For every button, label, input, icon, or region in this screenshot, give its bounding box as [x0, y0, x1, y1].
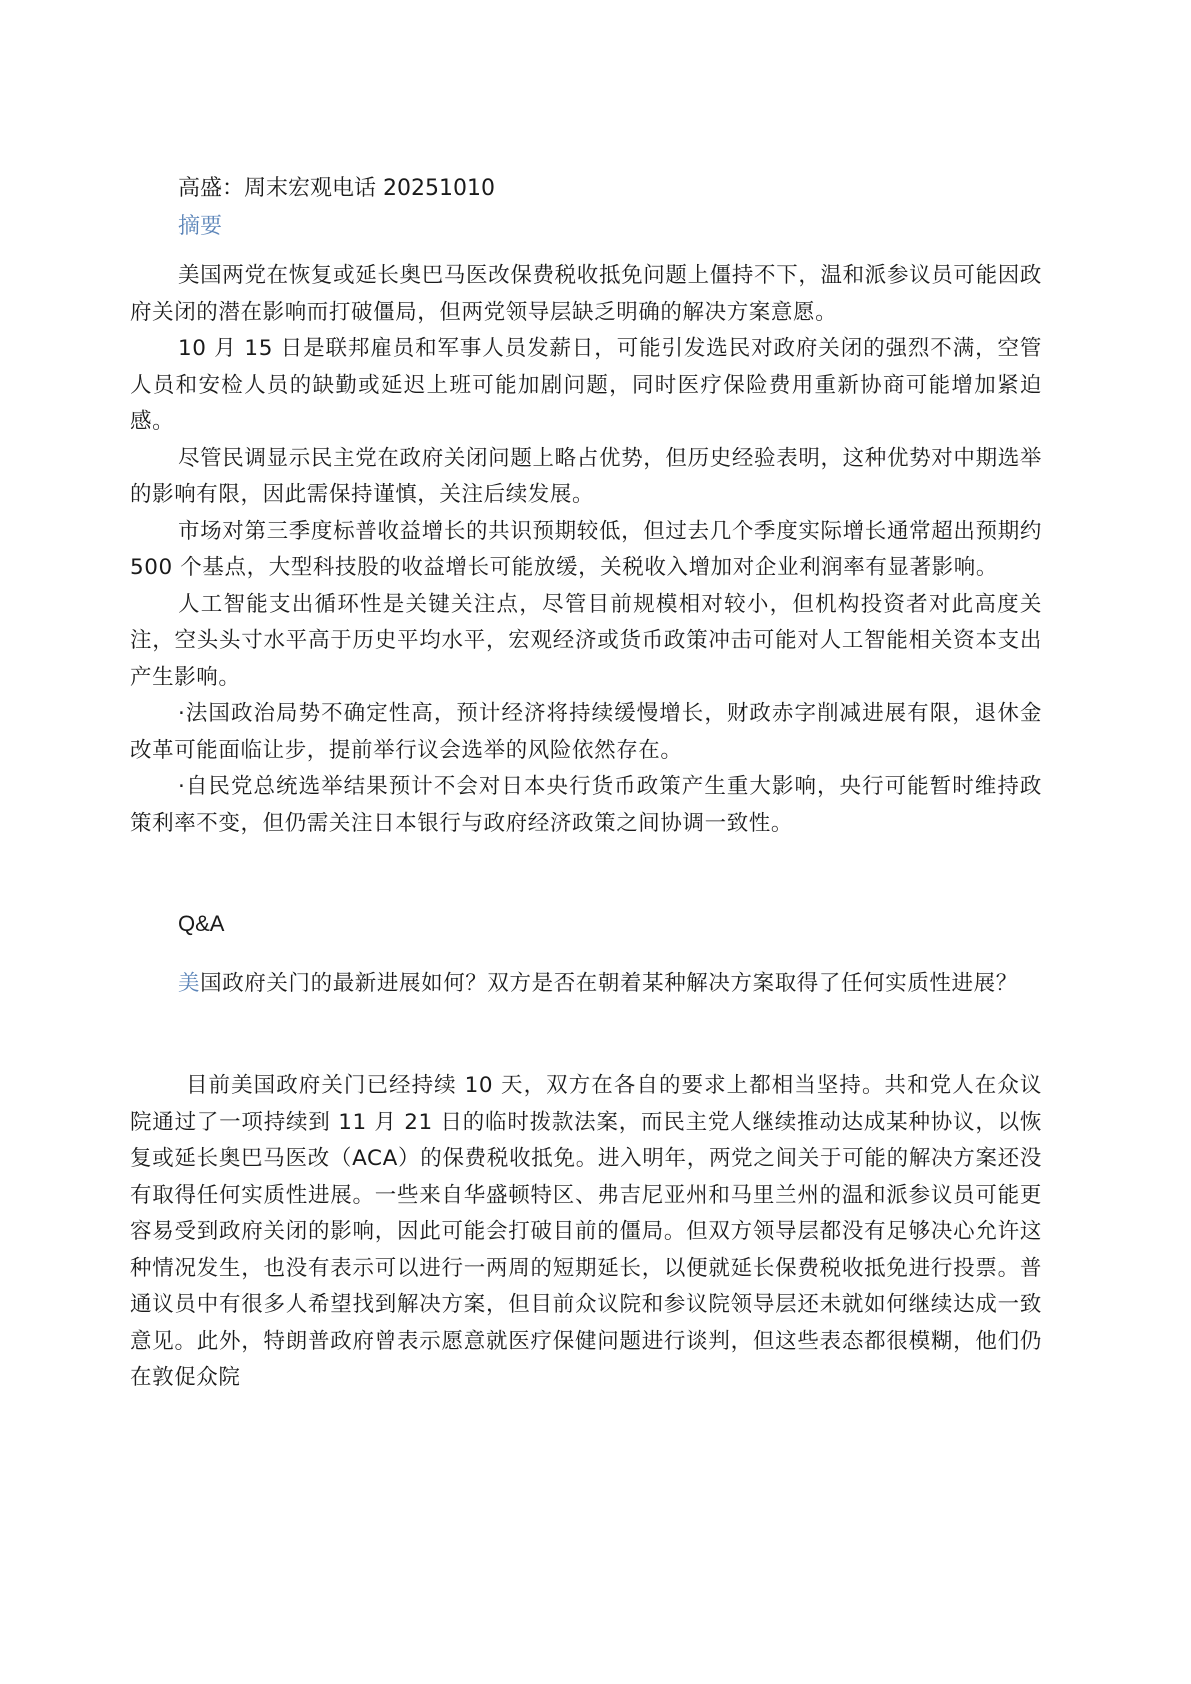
answer-text: 目前美国政府关门已经持续 10 天，双方在各自的要求上都相当坚持。共和党人在众议…: [130, 1068, 1042, 1397]
summary-paragraph: 人工智能支出循环性是关键关注点，尽管目前规模相对较小，但机构投资者对此高度关注，…: [130, 587, 1042, 697]
summary-paragraph: ·法国政治局势不确定性高，预计经济将持续缓慢增长，财政赤字削减进展有限，退休金改…: [130, 696, 1042, 769]
summary-paragraph: 市场对第三季度标普收益增长的共识预期较低，但过去几个季度实际增长通常超出预期约 …: [130, 514, 1042, 587]
question-first-char: 美: [178, 971, 200, 996]
qa-question: 美国政府关门的最新进展如何？双方是否在朝着某种解决方案取得了任何实质性进展？: [130, 966, 1042, 1003]
summary-paragraph: 10 月 15 日是联邦雇员和军事人员发薪日，可能引发选民对政府关闭的强烈不满，…: [130, 331, 1042, 441]
summary-paragraph: ·自民党总统选举结果预计不会对日本央行货币政策产生重大影响，央行可能暂时维持政策…: [130, 769, 1042, 842]
question-rest: 国政府关门的最新进展如何？双方是否在朝着某种解决方案取得了任何实质性进展？: [200, 971, 1018, 996]
qa-heading: Q&A: [178, 908, 224, 940]
summary-paragraph: 美国两党在恢复或延长奥巴马医改保费税收抵免问题上僵持不下，温和派参议员可能因政府…: [130, 258, 1042, 331]
section-heading-summary: 摘要: [178, 212, 222, 242]
document-title: 高盛：周末宏观电话 20251010: [178, 174, 495, 204]
summary-section: 美国两党在恢复或延长奥巴马医改保费税收抵免问题上僵持不下，温和派参议员可能因政府…: [130, 258, 1042, 842]
summary-paragraph: 尽管民调显示民主党在政府关闭问题上略占优势，但历史经验表明，这种优势对中期选举的…: [130, 441, 1042, 514]
qa-answer: 目前美国政府关门已经持续 10 天，双方在各自的要求上都相当坚持。共和党人在众议…: [130, 1068, 1042, 1397]
question-text: 美国政府关门的最新进展如何？双方是否在朝着某种解决方案取得了任何实质性进展？: [130, 966, 1042, 1003]
